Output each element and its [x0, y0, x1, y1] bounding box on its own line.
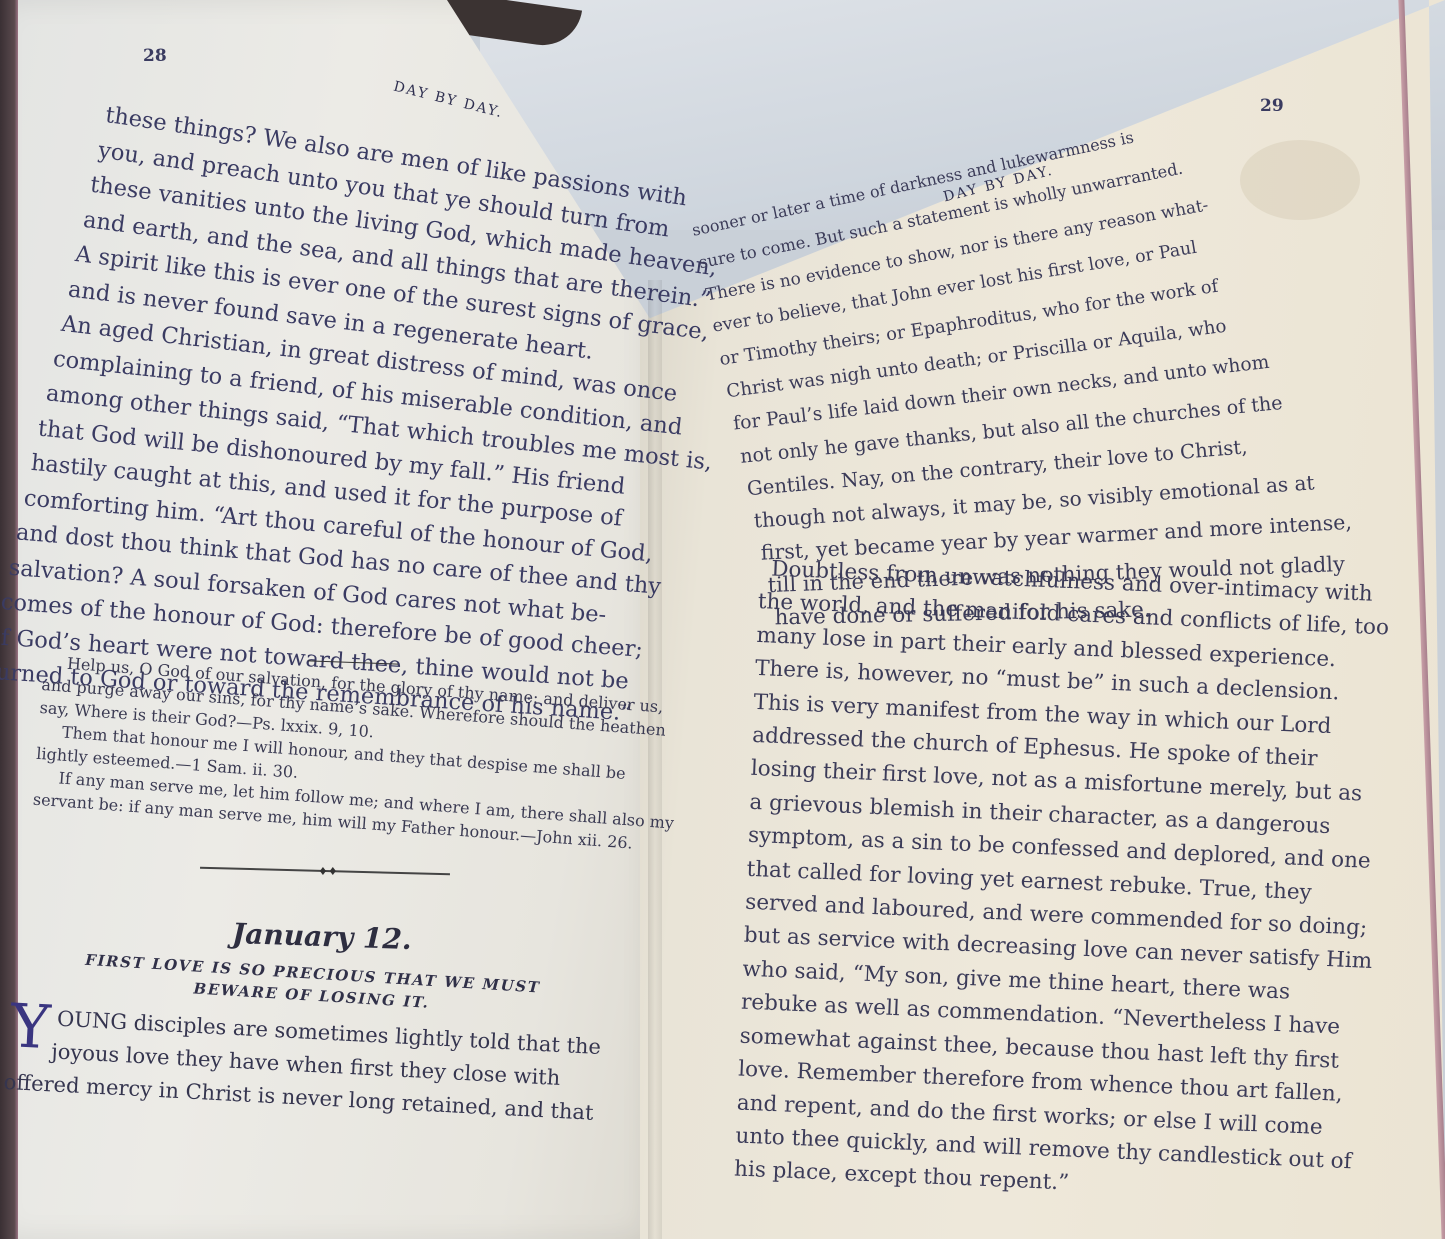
left-page-number: 28: [143, 46, 167, 66]
drop-cap: Y: [9, 996, 52, 1058]
entry-date-heading: January 12.: [231, 917, 412, 956]
right-body-text-bottom: Doubtless from unwatchfulness and over-i…: [733, 552, 1391, 1213]
diamond-ornament-icon: ♦♦: [318, 865, 338, 878]
ornamental-divider: ♦♦: [200, 864, 450, 878]
